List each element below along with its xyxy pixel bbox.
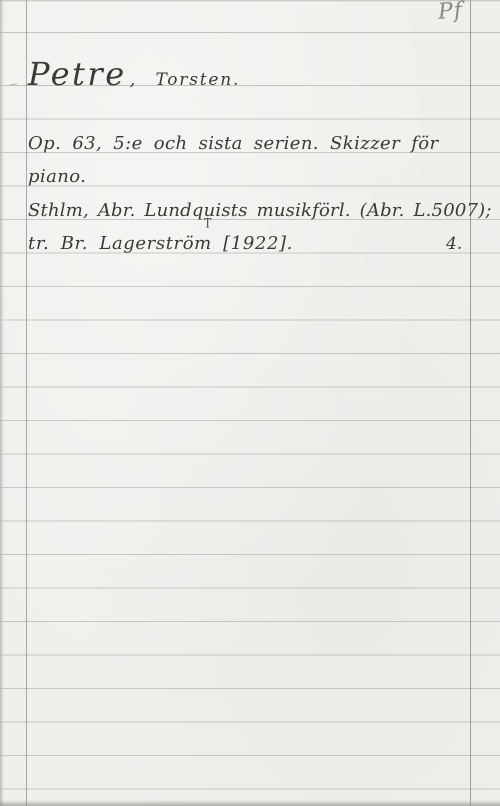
plate-number: 4. <box>446 236 462 253</box>
top-ruled-line <box>0 32 500 33</box>
right-margin-line <box>470 0 471 806</box>
entry-line-title: Op. 63, 5:e och sista serien. Skizzer fö… <box>28 135 439 153</box>
entry-line-title-continued: piano. <box>28 168 86 186</box>
heading-author: Petre, Torsten. <box>28 58 240 90</box>
author-forename: Torsten. <box>155 70 240 90</box>
left-margin-line <box>26 0 27 806</box>
ruled-lines <box>0 85 500 806</box>
insertion-mark: T <box>204 217 211 230</box>
author-surname: Petre <box>28 55 127 93</box>
entry-line-imprint: Sthlm, Abr. Lundquists musikförl. (Abr. … <box>28 202 492 220</box>
pencil-shelfmark: Pf <box>437 0 463 24</box>
scanned-catalog-card: Pf Petre, Torsten. Op. 63, 5:e och sista… <box>0 0 500 806</box>
scan-edge-left <box>0 0 4 806</box>
scan-edge-bottom <box>0 800 500 806</box>
heading-comma: , <box>130 69 137 90</box>
scan-edge-top <box>0 0 500 2</box>
entry-line-printer: tr. Br. Lagerström [1922]. <box>28 235 293 253</box>
